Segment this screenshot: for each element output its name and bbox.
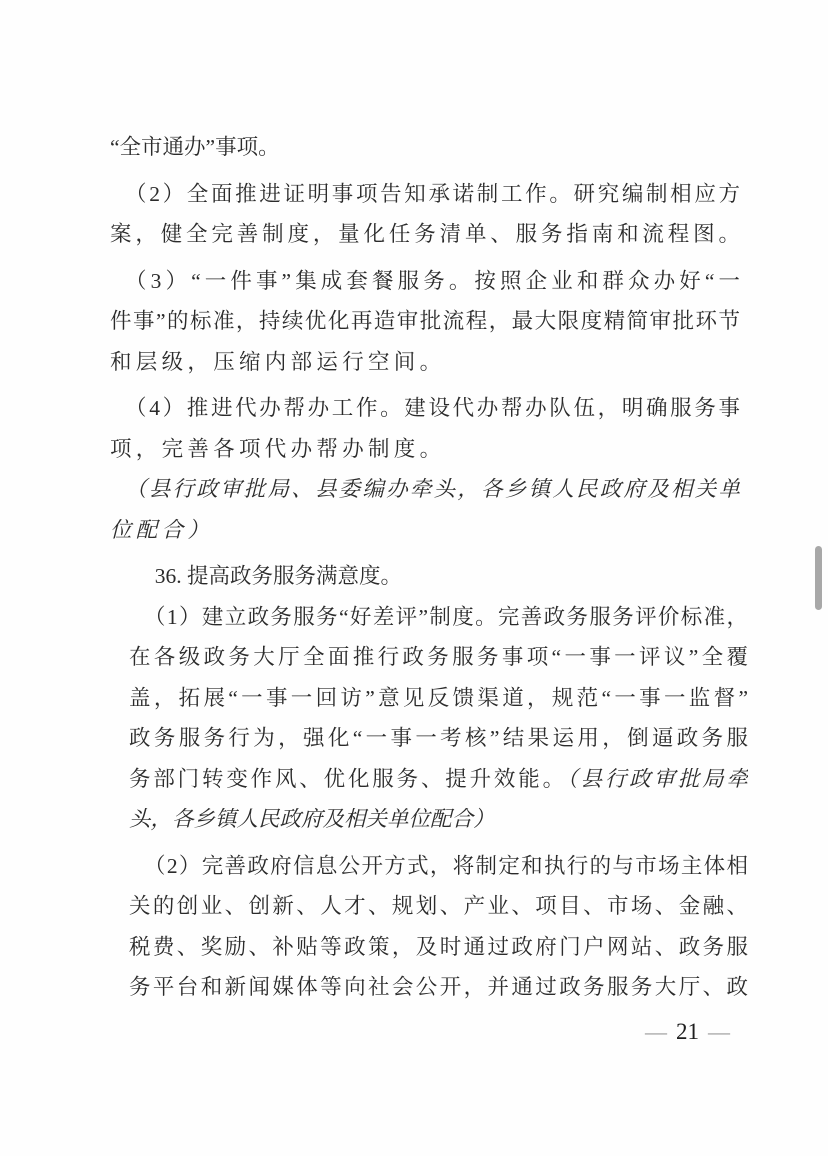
text-segment: 头，各乡镇人民政府及相关单位配合） (129, 807, 495, 831)
text-line: 件事”的标准，持续优化再造审批流程，最大限度精简审批环节 (110, 301, 740, 342)
text-line: （3）“一件事”集成套餐服务。按照企业和群众办好“一 (110, 261, 740, 302)
text-segment: 位配合） (110, 518, 213, 542)
text-segment: （3）“一件事”集成套餐服务。按照企业和群众办好“一 (125, 269, 740, 293)
text-line: （1）建立政务服务“好差评”制度。完善政务服务评价标准， (129, 597, 748, 638)
text-segment: 件事”的标准，持续优化再造审批流程，最大限度精简审批环节 (110, 309, 740, 333)
text-line: 税费、奖励、补贴等政策，及时通过政府门户网站、政务服 (129, 927, 748, 968)
text-line: （2）全面推进证明事项告知承诺制工作。研究编制相应方 (110, 174, 740, 215)
text-segment: （县行政审批局、县委编办牵头，各乡镇人民政府及相关单 (125, 477, 740, 501)
text-line: 项，完善各项代办帮办制度。 (110, 429, 740, 470)
text-segment: 盖，拓展“一事一回访”意见反馈渠道，规范“一事一监督” (129, 686, 748, 710)
text-line: 务平台和新闻媒体等向社会公开，并通过政务服务大厅、政 (129, 967, 748, 1008)
text-segment: 政务服务行为，强化“一事一考核”结果运用，倒逼政务服 (129, 726, 748, 750)
text-segment: （县行政审批局牵 (567, 767, 748, 791)
text-line: 政务服务行为，强化“一事一考核”结果运用，倒逼政务服 (129, 718, 748, 759)
text-segment: 关的创业、创新、人才、规划、产业、项目、市场、金融、 (129, 894, 748, 918)
text-segment: （2）完善政府信息公开方式，将制定和执行的与市场主体相 (144, 854, 748, 878)
text-line: 位配合） (110, 510, 740, 551)
text-line: 和层级，压缩内部运行空间。 (110, 342, 740, 383)
footer-right-dash: — (708, 1018, 730, 1046)
page-number-group: — 21 — (645, 1018, 730, 1046)
text-segment: （2）全面推进证明事项告知承诺制工作。研究编制相应方 (125, 182, 740, 206)
text-line: 务部门转变作风、优化服务、提升效能。（县行政审批局牵 (129, 759, 748, 800)
text-segment: 在各级政务大厅全面推行政务服务事项“一事一评议”全覆 (129, 645, 748, 669)
text-segment: 务部门转变作风、优化服务、提升效能。 (129, 767, 567, 791)
page-footer: — 21 — (0, 1018, 828, 1048)
text-line: （4）推进代办帮办工作。建设代办帮办队伍，明确服务事 (110, 388, 740, 429)
text-line: 36. 提高政务服务满意度。 (129, 556, 748, 597)
document-text-column: “全市通办”事项。（2）全面推进证明事项告知承诺制工作。研究编制相应方案，健全完… (0, 127, 828, 1008)
document-page: “全市通办”事项。（2）全面推进证明事项告知承诺制工作。研究编制相应方案，健全完… (0, 0, 828, 1156)
text-segment: （1）建立政务服务“好差评”制度。完善政务服务评价标准， (144, 605, 748, 629)
page-number: 21 (676, 1018, 699, 1046)
text-segment: 项，完善各项代办帮办制度。 (110, 437, 445, 461)
text-line: 头，各乡镇人民政府及相关单位配合） (129, 799, 748, 840)
text-line: （县行政审批局、县委编办牵头，各乡镇人民政府及相关单 (110, 469, 740, 510)
text-line: 案，健全完善制度，量化任务清单、服务指南和流程图。 (110, 214, 740, 255)
footer-left-dash: — (645, 1018, 667, 1046)
text-line: （2）完善政府信息公开方式，将制定和执行的与市场主体相 (129, 846, 748, 887)
text-segment: 税费、奖励、补贴等政策，及时通过政府门户网站、政务服 (129, 935, 748, 959)
text-line: “全市通办”事项。 (110, 127, 740, 168)
text-segment: 和层级，压缩内部运行空间。 (110, 350, 445, 374)
text-line: 关的创业、创新、人才、规划、产业、项目、市场、金融、 (129, 886, 748, 927)
text-block-lower: 36. 提高政务服务满意度。（1）建立政务服务“好差评”制度。完善政务服务评价标… (0, 556, 828, 1008)
text-line: 盖，拓展“一事一回访”意见反馈渠道，规范“一事一监督” (129, 678, 748, 719)
text-segment: 务平台和新闻媒体等向社会公开，并通过政务服务大厅、政 (129, 975, 748, 999)
text-segment: 36. 提高政务服务满意度。 (155, 564, 402, 588)
text-line: 在各级政务大厅全面推行政务服务事项“一事一评议”全覆 (129, 637, 748, 678)
text-block-upper: “全市通办”事项。（2）全面推进证明事项告知承诺制工作。研究编制相应方案，健全完… (0, 127, 828, 550)
scrollbar-thumb[interactable] (815, 546, 822, 610)
text-segment: “全市通办”事项。 (110, 135, 280, 159)
text-segment: 案，健全完善制度，量化任务清单、服务指南和流程图。 (110, 222, 740, 246)
text-segment: （4）推进代办帮办工作。建设代办帮办队伍，明确服务事 (125, 396, 740, 420)
